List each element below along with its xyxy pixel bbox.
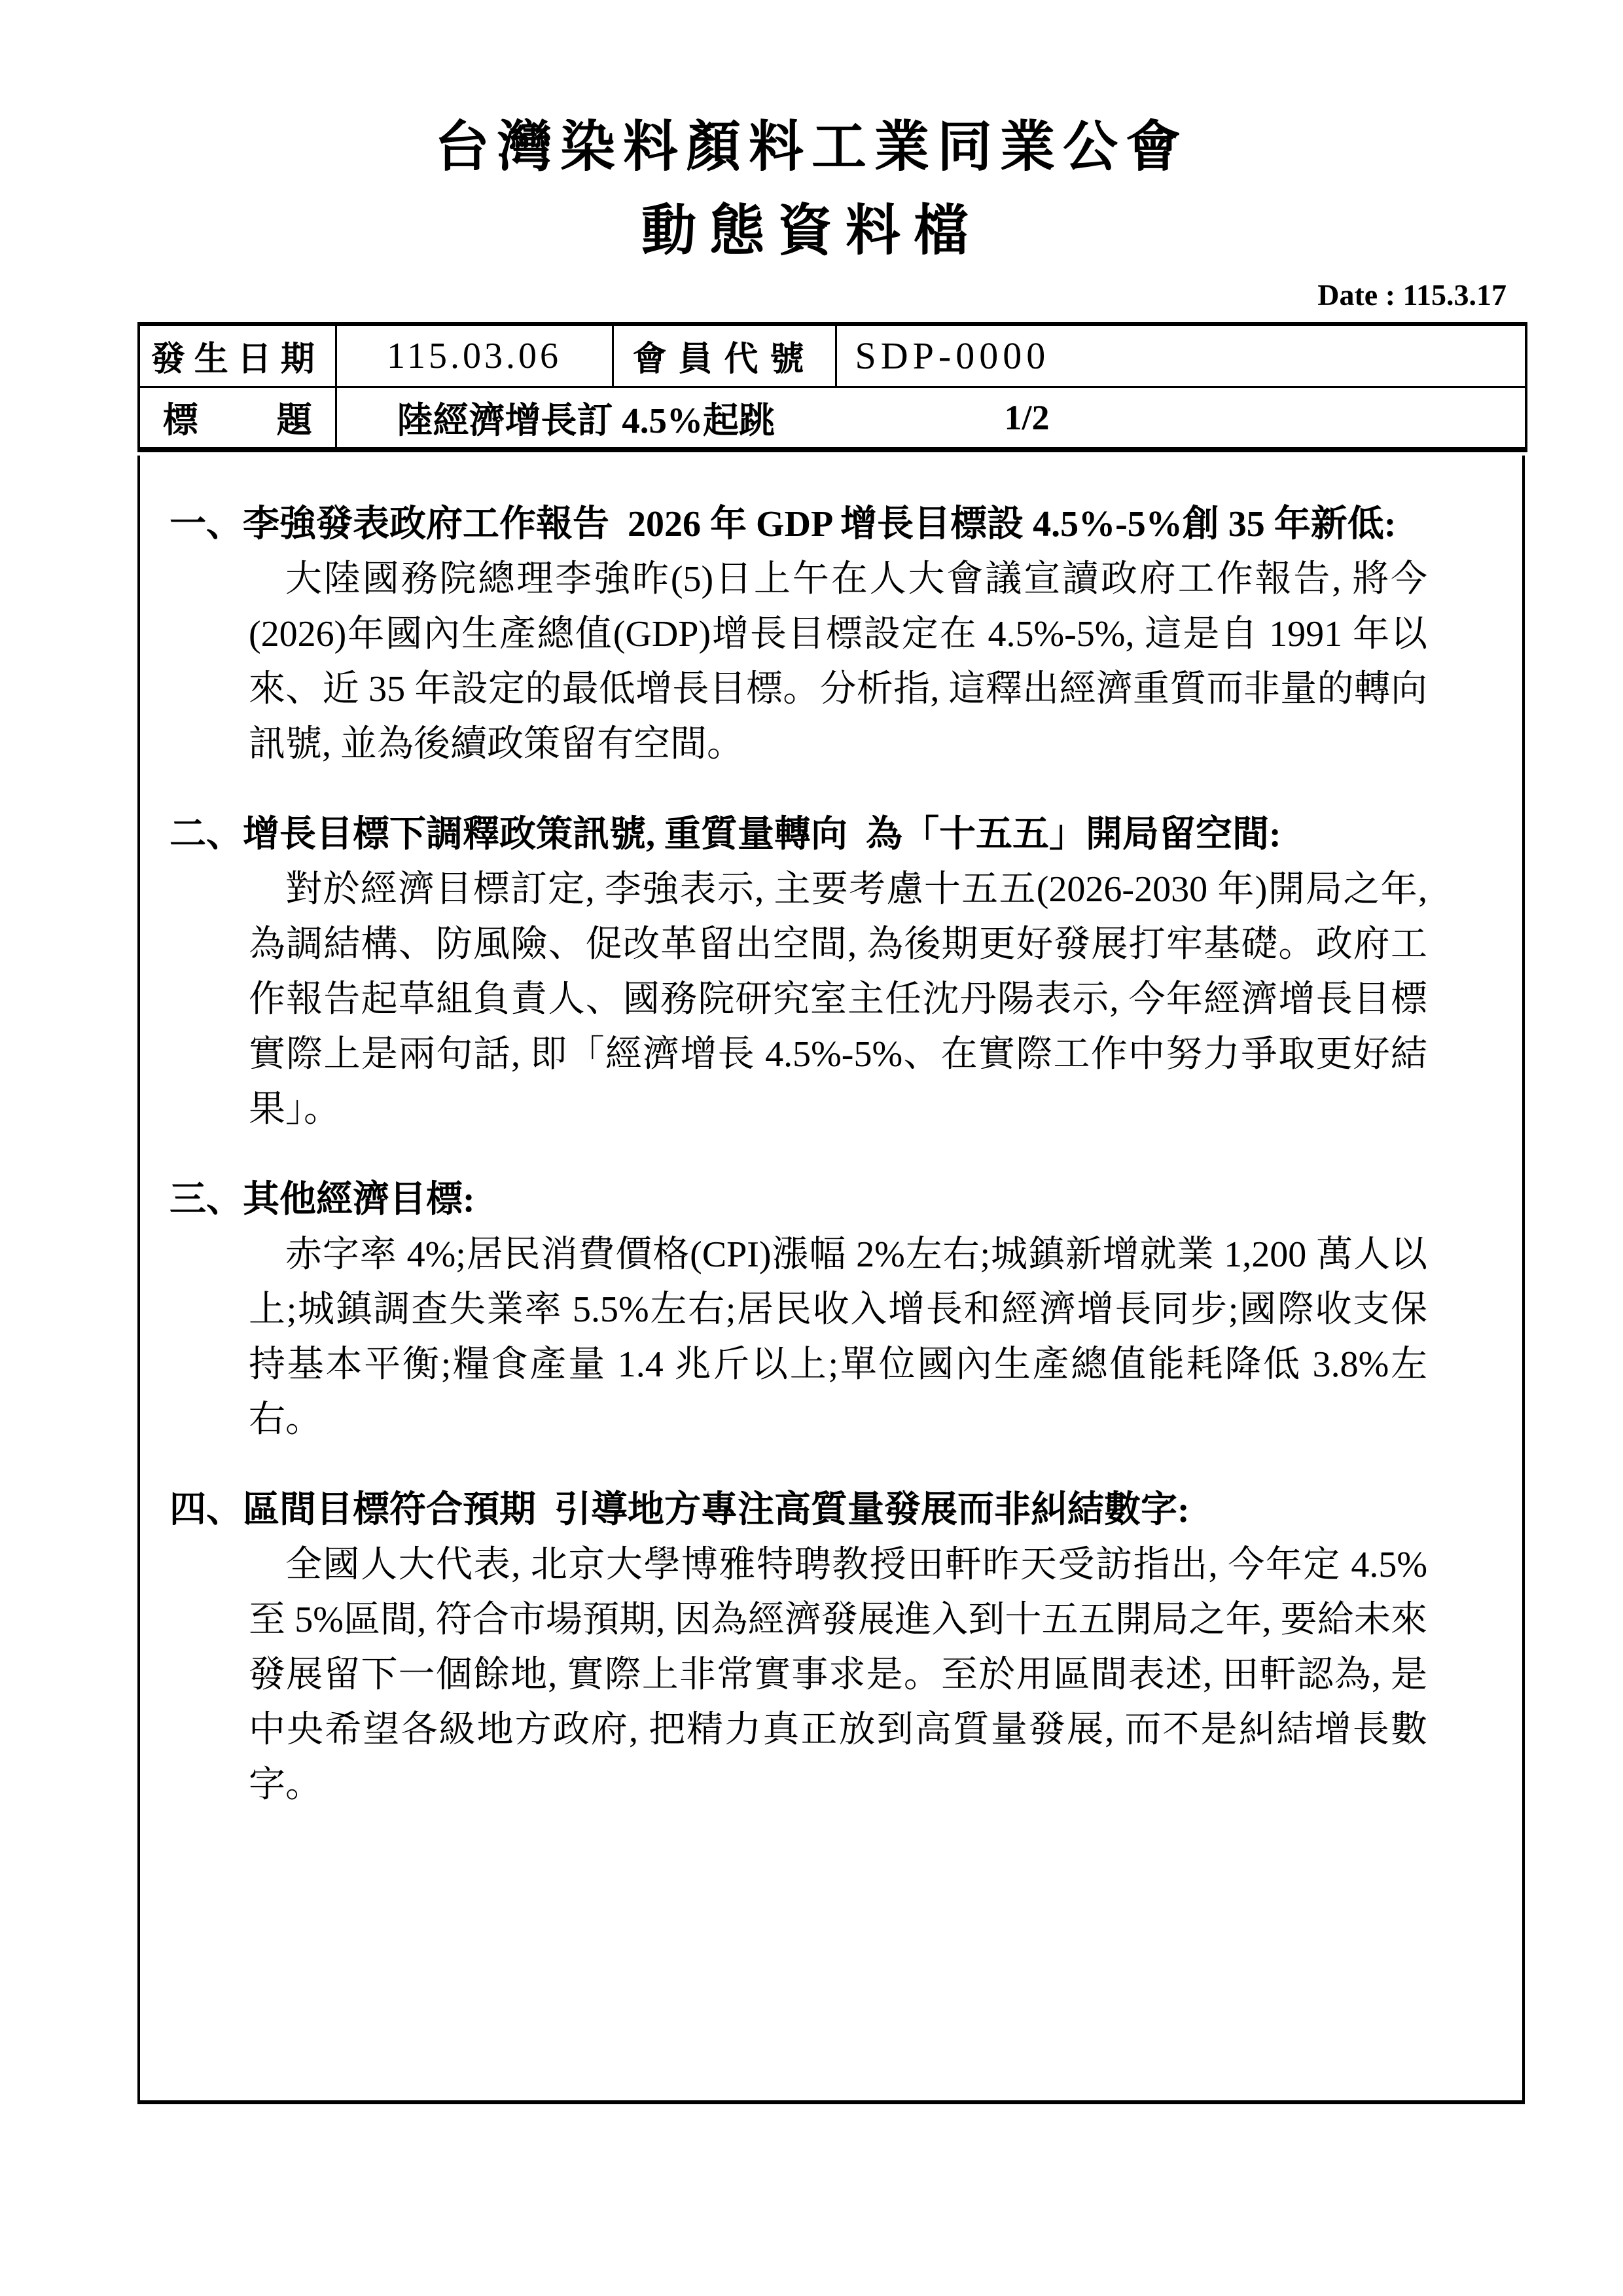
content-box: 一、 李強發表政府工作報告 2026 年 GDP 增長目標設 4.5%-5%創 … (137, 456, 1525, 2104)
section-2-number: 二、 (169, 807, 243, 862)
section-2-heading: 二、 增長目標下調釋政策訊號, 重質量轉向 為「十五五」開局留空間: (169, 807, 1476, 862)
section-2: 二、 增長目標下調釋政策訊號, 重質量轉向 為「十五五」開局留空間: 對於經濟目… (169, 807, 1476, 1137)
section-4: 四、 區間目標符合預期 引導地方專注高質量發展而非糾結數字: 全國人大代表, 北… (169, 1482, 1476, 1812)
section-1-heading-text: 李強發表政府工作報告 2026 年 GDP 增長目標設 4.5%-5%創 35 … (243, 497, 1476, 552)
subject-label-char2: 題 (277, 392, 312, 442)
section-3-number: 三、 (169, 1172, 243, 1227)
print-date: Date : 115.3.17 (137, 280, 1507, 310)
document-type-title: 動態資料檔 (0, 204, 1623, 259)
section-2-heading-text: 增長目標下調釋政策訊號, 重質量轉向 為「十五五」開局留空間: (243, 807, 1476, 862)
section-3-heading-text: 其他經濟目標: (243, 1172, 1476, 1227)
section-1-heading: 一、 李強發表政府工作報告 2026 年 GDP 增長目標設 4.5%-5%創 … (169, 497, 1476, 552)
section-4-heading: 四、 區間目標符合預期 引導地方專注高質量發展而非糾結數字: (169, 1482, 1476, 1537)
subject-label: 標 題 (140, 392, 335, 442)
occur-date-value: 115.03.06 (336, 324, 613, 387)
section-3-heading: 三、 其他經濟目標: (169, 1172, 1476, 1227)
section-2-body: 對於經濟目標訂定, 李強表示, 主要考慮十五五(2026-2030 年)開局之年… (249, 862, 1427, 1137)
occur-date-label: 發生日期 (139, 324, 336, 387)
section-4-body: 全國人大代表, 北京大學博雅特聘教授田軒昨天受訪指出, 今年定 4.5%至 5%… (249, 1537, 1427, 1812)
section-1-body: 大陸國務院總理李強昨(5)日上午在人大會議宣讀政府工作報告, 將今(2026)年… (249, 552, 1427, 772)
info-table: 發生日期 115.03.06 會員代號 SDP-0000 標 題 陸經濟增長訂 … (137, 322, 1527, 452)
subject-label-cell: 標 題 (139, 387, 336, 450)
organization-title: 台灣染料顏料工業同業公會 (0, 120, 1623, 175)
section-4-number: 四、 (169, 1482, 243, 1537)
section-4-heading-text: 區間目標符合預期 引導地方專注高質量發展而非糾結數字: (243, 1482, 1476, 1537)
section-3-body: 赤字率 4%;居民消費價格(CPI)漲幅 2%左右;城鎮新增就業 1,200 萬… (249, 1227, 1427, 1447)
member-code-label: 會員代號 (613, 324, 836, 387)
document-page: { "colors": { "ink": "#000000", "paper":… (0, 0, 1623, 2296)
subject-label-char1: 標 (163, 392, 198, 442)
section-1-number: 一、 (169, 497, 243, 552)
info-table-row-1: 發生日期 115.03.06 會員代號 SDP-0000 (139, 324, 1526, 387)
info-table-row-2: 標 題 陸經濟增長訂 4.5%起跳 1/2 (139, 387, 1526, 450)
section-3: 三、 其他經濟目標: 赤字率 4%;居民消費價格(CPI)漲幅 2%左右;城鎮新… (169, 1172, 1476, 1447)
page-indicator: 1/2 (1005, 397, 1050, 438)
subject-value-cell: 陸經濟增長訂 4.5%起跳 1/2 (336, 387, 1526, 450)
section-1: 一、 李強發表政府工作報告 2026 年 GDP 增長目標設 4.5%-5%創 … (169, 497, 1476, 772)
subject-title: 陸經濟增長訂 4.5%起跳 (397, 391, 776, 443)
member-code-value: SDP-0000 (836, 324, 1526, 387)
